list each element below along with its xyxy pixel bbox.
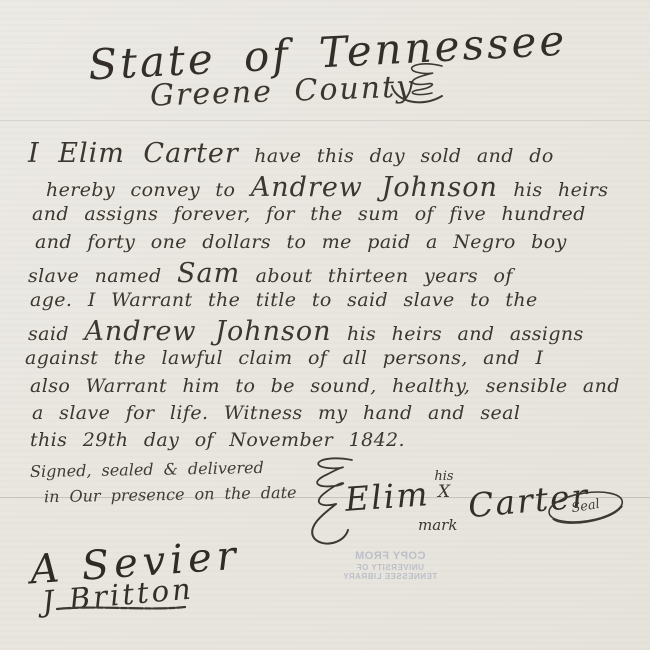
body-line-5: slave named Sam about thirteen years of <box>28 258 513 289</box>
signature-underline-icon <box>55 604 187 612</box>
grantee-name-2: Andrew Johnson <box>84 316 331 347</box>
document-page: State of Tennessee Greene County I Elim … <box>0 0 650 650</box>
body-line-1: I Elim Carter have this day sold and do <box>28 138 554 169</box>
signature-first-name: Elim <box>344 474 431 519</box>
library-stamp-mirrored: COPY FROM UNIVERSITY OF TENNESSEE LIBRAR… <box>330 550 450 581</box>
grantor-name: I Elim Carter <box>28 138 239 169</box>
grantee-name: Andrew Johnson <box>251 172 498 203</box>
body-line-3: and assigns forever, for the sum of five… <box>32 203 586 225</box>
slave-name: Sam <box>177 258 240 289</box>
ink-flourish-icon <box>388 60 450 110</box>
body-line-9: also Warrant him to be sound, healthy, s… <box>30 375 620 397</box>
stamp-line-1: COPY FROM <box>330 550 450 563</box>
mark-x-glyph: X <box>428 484 460 502</box>
paper-crease-top <box>0 120 650 121</box>
mark-word-label: mark <box>418 516 457 534</box>
body-line-10: a slave for life. Witness my hand and se… <box>32 402 520 424</box>
stamp-line-2: UNIVERSITY OF <box>330 563 450 572</box>
body-line-8: against the lawful claim of all persons,… <box>25 347 543 369</box>
signature-mark: his X <box>428 470 460 501</box>
body-line-11: this 29th day of November 1842. <box>30 429 405 451</box>
attestation-line-2: in Our presence on the date <box>44 483 297 506</box>
body-line-7: said Andrew Johnson his heirs and assign… <box>28 316 584 347</box>
stamp-line-3: TENNESSEE LIBRARY <box>330 572 450 581</box>
body-line-2: hereby convey to Andrew Johnson his heir… <box>46 172 608 203</box>
body-line-6: age. I Warrant the title to said slave t… <box>30 289 538 311</box>
body-line-4: and forty one dollars to me paid a Negro… <box>35 231 567 253</box>
attestation-line-1: Signed, sealed & delivered <box>30 458 264 481</box>
